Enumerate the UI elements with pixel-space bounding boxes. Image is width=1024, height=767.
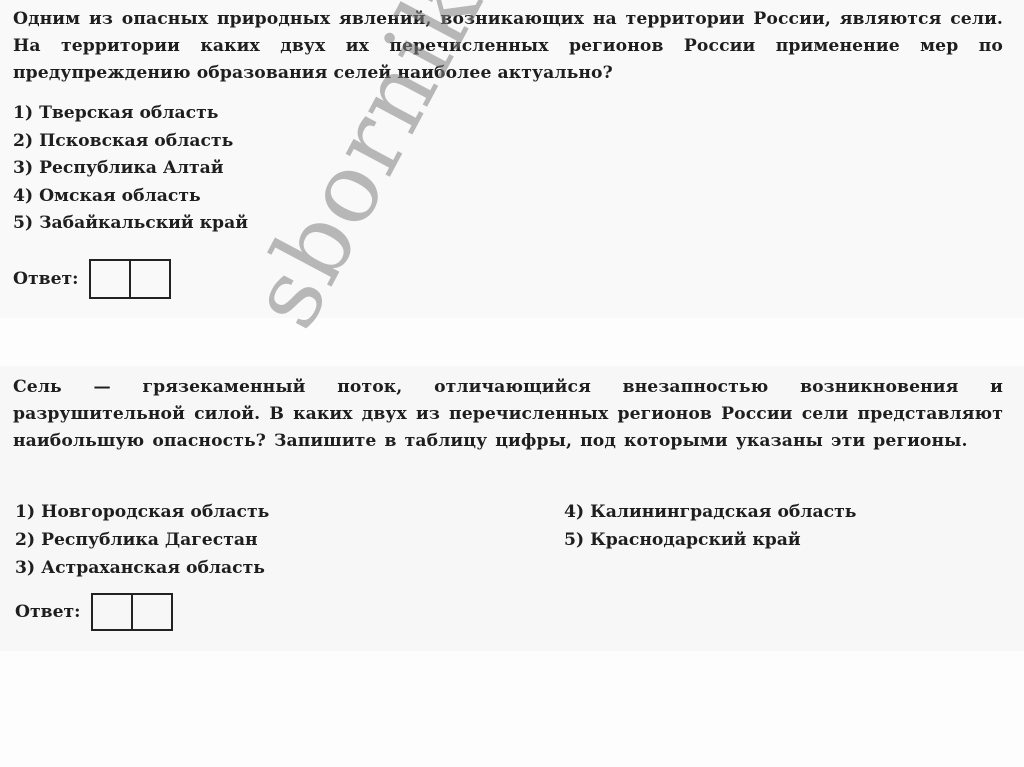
option-3: 3) Республика Алтай (13, 155, 248, 183)
option-3: 3) Астраханская область (15, 554, 269, 582)
option-4: 4) Калининградская область (564, 498, 856, 526)
answer-cell-2[interactable] (129, 261, 169, 297)
option-5: 5) Забайкальский край (13, 210, 248, 238)
answer-label: Ответ: (13, 269, 79, 289)
option-1: 1) Тверская область (13, 100, 248, 128)
answer-cell-1[interactable] (93, 595, 131, 629)
question-2-options-left: 1) Новгородская область 2) Республика Да… (15, 498, 269, 582)
option-5: 5) Краснодарский край (564, 526, 856, 554)
question-1-options: 1) Тверская область 2) Псковская область… (13, 100, 248, 238)
option-1: 1) Новгородская область (15, 498, 269, 526)
answer-label: Ответ: (15, 602, 81, 622)
question-1-text: Одним из опасных природных явлений, возн… (13, 6, 1003, 87)
option-2: 2) Республика Дагестан (15, 526, 269, 554)
question-2-answer: Ответ: (15, 593, 173, 631)
answer-box (89, 259, 171, 299)
answer-box (91, 593, 173, 631)
question-1-answer: Ответ: (13, 259, 171, 299)
option-4: 4) Омская область (13, 183, 248, 211)
question-2-options-right: 4) Калининградская область 5) Краснодарс… (564, 498, 856, 554)
option-2: 2) Псковская область (13, 128, 248, 156)
answer-cell-1[interactable] (91, 261, 129, 297)
question-2-text: Сель — грязекаменный поток, отличающийся… (13, 374, 1003, 455)
answer-cell-2[interactable] (131, 595, 171, 629)
